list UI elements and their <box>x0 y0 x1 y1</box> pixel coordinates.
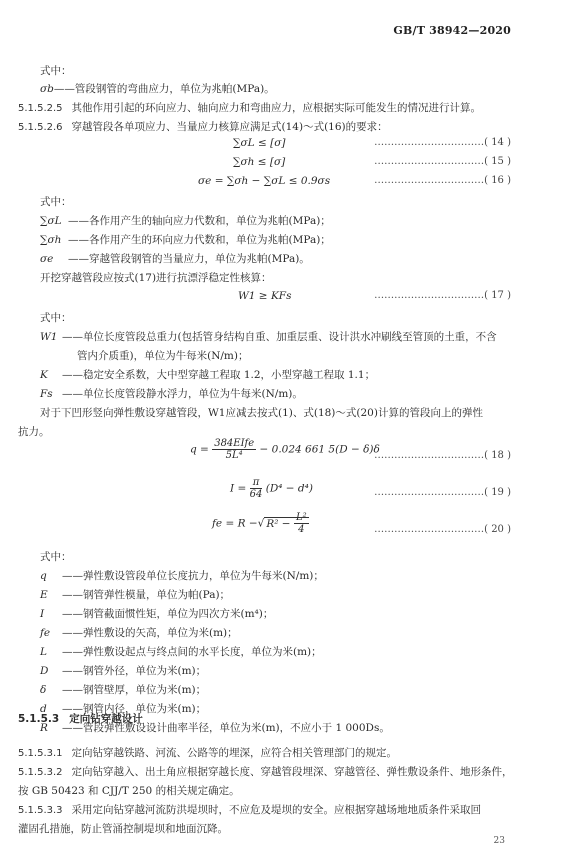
equation-20-number: ……………………………( 20 ) <box>374 524 511 535</box>
definition-d-outer: D——钢管外径，单位为米(m)； <box>40 663 206 678</box>
equation-19: I = π64 (D⁴ − d⁴) <box>230 477 313 500</box>
where-label: 式中： <box>40 310 72 325</box>
definition-e: E——钢管弹性模量，单位为帕(Pa)； <box>40 587 230 602</box>
equation-18: q = 384EIfe5L⁴ − 0.024 661 5(D − δ)δ <box>190 438 380 461</box>
where-label: 式中： <box>40 549 72 564</box>
clause-5-1-5-3-2-continued: 按 GB 50423 和 CJJ/T 250 的相关规定确定。 <box>18 783 240 798</box>
definition-sigma-e: σe——穿越管段钢管的当量应力，单位为兆帕(MPa)。 <box>40 251 310 266</box>
definition-w1: W1——单位长度管段总重力(包括管身结构自重、加重层重、设计洪水冲刷线至管顶的土… <box>40 329 497 344</box>
clause-5-1-5-2-6: 5.1.5.2.6穿越管段各单项应力、当量应力核算应满足式(14)～式(16)的… <box>18 119 388 134</box>
definition-fe: fe——弹性敷设的矢高，单位为米(m)； <box>40 625 238 640</box>
page-number: 23 <box>494 836 505 846</box>
clause-5-1-5-2-5: 5.1.5.2.5其他作用引起的环向应力、轴向应力和弯曲应力，应根据实际可能发生… <box>18 100 481 115</box>
definition-sum-sigma-l: ∑σL——各作用产生的轴向应力代数和，单位为兆帕(MPa)； <box>40 213 331 228</box>
equation-19-number: ……………………………( 19 ) <box>374 487 511 498</box>
section-heading: 5.1.5.3定向钻穿越设计 <box>18 711 143 726</box>
equation-16-number: ……………………………( 16 ) <box>374 175 511 186</box>
definition-delta: δ——钢管壁厚，单位为米(m)； <box>40 682 206 697</box>
equation-16: σe = ∑σh − ∑σL ≤ 0.9σs <box>198 175 330 187</box>
equation-20: fe = R −√R² − L²4 <box>212 512 309 535</box>
definition-fs: Fs——单位长度管段静水浮力，单位为牛每米(N/m)。 <box>40 386 303 401</box>
clause-5-1-5-3-3-continued: 灌固孔措施，防止管涌控制堤坝和地面沉降。 <box>18 821 228 836</box>
clause-5-1-5-3-1: 5.1.5.3.1定向钻穿越铁路、河流、公路等的埋深，应符合相关管理部门的规定。 <box>18 745 397 760</box>
clause-5-1-5-3-2: 5.1.5.3.2定向钻穿越入、出土角应根据穿越长度、穿越管段埋深、穿越管径、弹… <box>18 764 513 779</box>
standard-code-header: GB/T 38942—2020 <box>393 24 511 37</box>
equation-15-number: ……………………………( 15 ) <box>374 156 511 167</box>
definition-sigma-b: σb——管段钢管的弯曲应力，单位为兆帕(MPa)。 <box>40 81 275 96</box>
equation-17: W1 ≥ KFs <box>238 290 291 302</box>
definition-sum-sigma-h: ∑σh——各作用产生的环向应力代数和，单位为兆帕(MPa)； <box>40 232 331 247</box>
symbol: σb <box>40 83 54 95</box>
equation-18-number: ……………………………( 18 ) <box>374 450 511 461</box>
paragraph-uplift-check: 开挖穿越管段应按式(17)进行抗漂浮稳定性核算： <box>40 270 272 285</box>
where-label: 式中： <box>40 63 72 78</box>
definition-k: K——稳定安全系数，大中型穿越工程取 1.2，小型穿越工程取 1.1； <box>40 367 375 382</box>
definition-w1-continued: 管内介质重)，单位为牛每米(N/m)； <box>77 348 248 363</box>
where-label: 式中： <box>40 194 72 209</box>
definition-text: ——管段钢管的弯曲应力，单位为兆帕(MPa)。 <box>54 83 275 95</box>
clause-5-1-5-3-3: 5.1.5.3.3采用定向钻穿越河流防洪堤坝时，不应危及堤坝的安全。应根据穿越场… <box>18 802 481 817</box>
definition-i: I——钢管截面惯性矩，单位为四次方米(m⁴)； <box>40 606 273 621</box>
equation-14: ∑σL ≤ [σ] <box>233 137 285 149</box>
paragraph-elastic-resistance-continued: 抗力。 <box>18 424 50 439</box>
paragraph-elastic-resistance: 对于下凹形竖向弹性敷设穿越管段，W1应减去按式(1)、式(18)～式(20)计算… <box>40 405 483 420</box>
equation-17-number: ……………………………( 17 ) <box>374 290 511 301</box>
definition-q: q——弹性敷设管段单位长度抗力，单位为牛每米(N/m)； <box>40 568 324 583</box>
definition-l: L——弹性敷设起点与终点间的水平长度，单位为米(m)； <box>40 644 322 659</box>
equation-15: ∑σh ≤ [σ] <box>233 156 285 168</box>
equation-14-number: ……………………………( 14 ) <box>374 137 511 148</box>
